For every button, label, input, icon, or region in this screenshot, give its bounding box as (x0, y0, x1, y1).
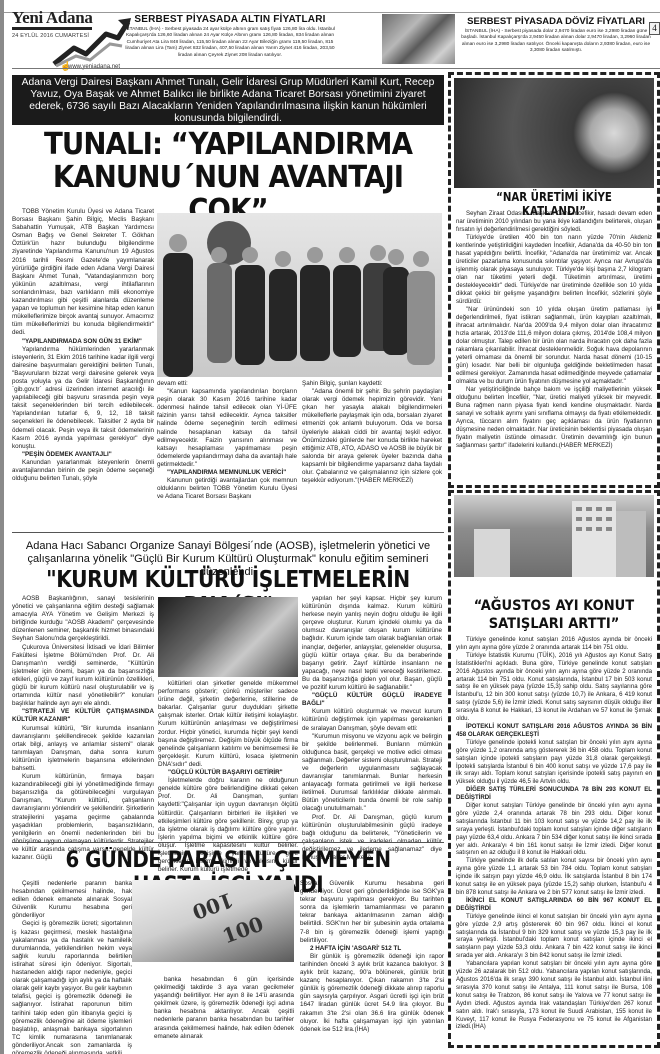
section-divider (12, 532, 444, 533)
nar-body: Seyhan Ziraat Odası 2. Başkanı Cahit İnc… (456, 210, 652, 450)
paragraph: "Nar ürünündeki son 10 yılda oluşan üret… (456, 306, 652, 386)
group-photo-figures (157, 213, 442, 377)
paragraph: devam etti: (157, 380, 297, 388)
lead-column-3: Şahin Bilgiç, şunları kaydetti: "Adana ö… (302, 380, 442, 485)
paragraph: Çeşitli nedenlerle paranın banka hesabın… (12, 880, 132, 920)
paragraph: "Adana önemli bir şehir. Bu şehrin payda… (302, 388, 442, 485)
subheading: İPOTEKLİ KONUT SATIŞLARI 2016 AĞUSTOS AY… (456, 723, 652, 739)
paragraph: Türkiye genelinde ipotekli konut satışla… (456, 739, 652, 786)
paragraph: Şahin Bilgiç, şunları kaydetti: (302, 380, 442, 388)
subheading: İKİNCİ EL KONUT SATIŞLARINDA 60 BİN 967 … (456, 897, 652, 913)
paragraph: Diğer konut satışları Türkiye genelinde … (456, 802, 652, 857)
paragraph: Çukurova Üniversitesi İktisadi ve İdari … (12, 644, 154, 709)
paragraph: Yapılandırma hükümlerinden yararlanmak i… (12, 346, 154, 451)
banknotes-photo: 100 100 (132, 880, 294, 962)
lead-column-2: devam etti: "Kanun kapsamında yapılandır… (157, 380, 297, 501)
gold-prices-box: SERBEST PİYASADA ALTIN FİYATLARI İSTANBU… (124, 14, 336, 59)
hasta-column-1: Çeşitli nedenlerle paranın banka hesabın… (12, 880, 132, 1054)
fx-prices-box: SERBEST PİYASADA DÖVİZ FİYATLARI İSTANBU… (456, 16, 656, 55)
masthead-logo[interactable]: Yeni Adana 24 EYLÜL 2016 CUMARTESİ ☝ www… (12, 10, 127, 68)
konut-headline[interactable]: “AĞUSTOS AYI KONUT SATIŞLARI ARTTI” (459, 597, 650, 633)
page-number: 4 (649, 22, 660, 35)
paragraph: AOSB Başkanlığının, sanayi tesislerinin … (12, 595, 154, 644)
header-rule (12, 68, 660, 69)
paragraph: Kanunun getirdiği avantajlardan çok memn… (157, 477, 297, 501)
paragraph: "Kurumun misyonu ve vizyonu açık ve beli… (302, 733, 442, 814)
fx-prices-text: İSTANBUL (İHA) - Serbest piyasada dolar … (456, 29, 656, 55)
paragraph: Nar yetiştiriciliğinde bahçe bakım ve iş… (456, 386, 652, 450)
hasta-column-2: banka hesabından 6 gün içerisinde çekilm… (154, 976, 294, 1041)
paragraph: Bir günlük iş göremezlik ödeneği için ra… (300, 953, 444, 1034)
buildings-silhouette (454, 495, 654, 577)
subheading: 2 HAFTA İÇİN 'ASGARİ' 512 TL (300, 945, 444, 953)
subheading: "STRATEJİ VE KÜLTÜR ÇATIŞMASINDA KÜLTÜR … (12, 708, 154, 724)
subheading: "PEŞİN ÖDEMEK AVANTAJLI" (12, 451, 154, 459)
lead-headline-line1: TUNALI: “YAPILANDIRMA (29, 128, 426, 161)
konut-body: Türkiye genelinde konut satışları 2016 A… (456, 636, 652, 1031)
fx-prices-title: SERBEST PİYASADA DÖVİZ FİYATLARI (456, 16, 656, 27)
section-divider (12, 842, 444, 843)
pomegranate-photo (454, 78, 654, 188)
subheading: "YAPILANDIRMA MEMNUNLUK VERİCİ" (157, 469, 297, 477)
paragraph: TOBB Yönetim Kurulu Üyesi ve Adana Ticar… (12, 208, 154, 338)
paragraph: Kurumsal kültürü, "Bir kurumda insanları… (12, 725, 154, 774)
kurum-column-2: kültürleri olan şirketler genelde mükemm… (158, 680, 298, 874)
paragraph: kültürleri olan şirketler genelde mükemm… (158, 680, 298, 769)
subheading: "GÜÇLÜ KÜLTÜR BAŞARIYI GETİRİR" (158, 769, 298, 777)
newspaper-page: Yeni Adana 24 EYLÜL 2016 CUMARTESİ ☝ www… (0, 0, 660, 1054)
gold-bars-photo (382, 14, 455, 64)
paragraph: yapılan her şeyi kapsar. Hiçbir şey kuru… (302, 595, 442, 692)
paragraph: banka hesabından 6 gün içerisinde çekilm… (154, 976, 294, 1041)
paragraph: Türkiye genelinde konut satışları 2016 A… (456, 636, 652, 652)
paragraph: Seyhan Ziraat Odası 2. Başkanı Cahit İnc… (456, 210, 652, 234)
gold-prices-title: SERBEST PİYASADA ALTIN FİYATLARI (124, 14, 336, 25)
paragraph: Kurum kültürü oluşturmak ve mevcut kurum… (302, 708, 442, 732)
kurum-column-1: AOSB Başkanlığının, sanayi tesislerinin … (12, 595, 154, 862)
paragraph: Türkiye genelinde ikinci el konut satışl… (456, 913, 652, 960)
banknote-label: 100 (219, 912, 266, 949)
banknote-label: 100 (189, 888, 236, 925)
website-link[interactable]: www.yeniadana.net (68, 64, 120, 70)
cards-hand-photo (158, 597, 298, 677)
paragraph: Türkiye'de üretilen 400 bin ton narın yü… (456, 234, 652, 306)
lead-column-1: TOBB Yönetim Kurulu Üyesi ve Adana Ticar… (12, 208, 154, 483)
subheading: "YAPILANDIRMADA SON GÜN 31 EKİM" (12, 338, 154, 346)
group-photo (157, 213, 442, 377)
buildings-photo (454, 495, 654, 577)
paragraph: Geçici iş göremezlik ücreti; sigortalını… (12, 920, 132, 1054)
gold-prices-text: İSTANBUL (İHA) - Serbest piyasada 24 aya… (124, 27, 336, 59)
subheading: DİĞER SATIŞ TÜRLERİ SONUCUNDA 78 BİN 293… (456, 786, 652, 802)
hasta-column-3: Sosyal Güvenlik Kurumu hesabına geri gön… (300, 880, 444, 1034)
paragraph: Sosyal Güvenlik Kurumu hesabına geri gön… (300, 880, 444, 945)
paragraph: "Kanun kapsamında yapılandırılan borçlar… (157, 388, 297, 469)
subheading: "GÜÇLÜ KÜLTÜR GÜÇLÜ İRADEYE BAĞLI" (302, 692, 442, 708)
kurum-column-3: yapılan her şeyi kapsar. Hiçbir şey kuru… (302, 595, 442, 862)
lead-summary-box: Adana Vergi Dairesi Başkanı Ahmet Tunalı… (12, 75, 444, 125)
paragraph: Türkiye İstatistik Kurumu (TÜİK), 2016 y… (456, 652, 652, 723)
paragraph: Yabancılara yapılan konut satışları bir … (456, 960, 652, 1031)
paragraph: Kanundan yararlanmak isteyenlerin önemli… (12, 459, 154, 483)
paragraph: Türkiye genelinde ilk defa satılan konut… (456, 857, 652, 897)
